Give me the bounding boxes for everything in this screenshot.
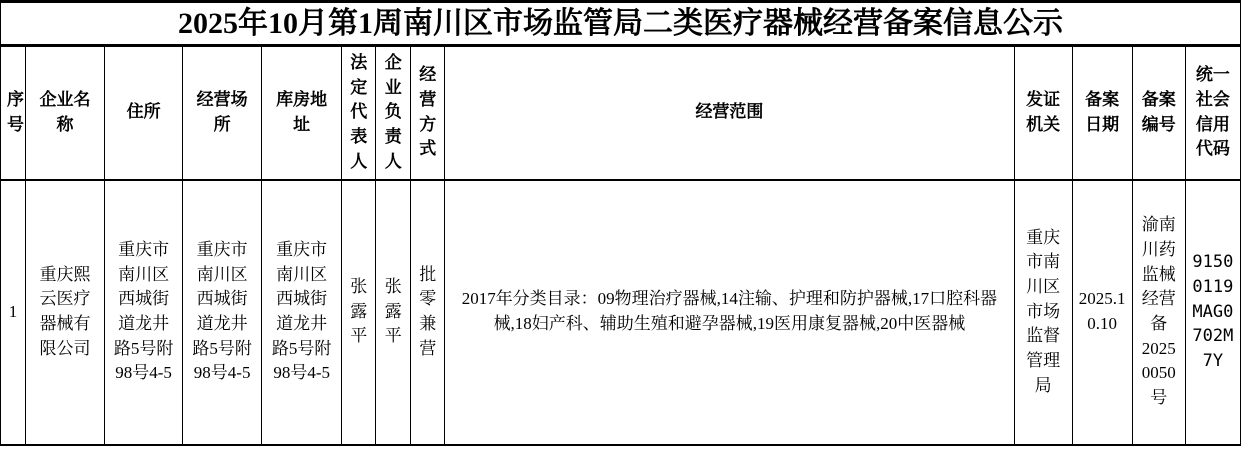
cell-filing-no: 渝南川药监械经营备20250050号 [1132, 180, 1185, 445]
cell-premises: 重庆市南川区西城街道龙井路5号附98号4-5 [183, 180, 262, 445]
cell-credit-code: 91500119MAG0702M7Y [1185, 180, 1240, 445]
col-header-credit-code: 统一社会信用代码 [1185, 46, 1240, 180]
cell-scope: 2017年分类目录：09物理治疗器械,14注输、护理和防护器械,17口腔科器械,… [445, 180, 1014, 445]
table-header-row: 序号 企业名称 住所 经营场所 库房地址 法定代表人 企业负责人 经营方式 经营… [1, 46, 1241, 180]
cell-serial: 1 [1, 180, 26, 445]
page-title: 2025年10月第1周南川区市场监管局二类医疗器械经营备案信息公示 [1, 2, 1241, 46]
title-row: 2025年10月第1周南川区市场监管局二类医疗器械经营备案信息公示 [1, 2, 1241, 46]
col-header-scope: 经营范围 [445, 46, 1014, 180]
notice-page: 2025年10月第1周南川区市场监管局二类医疗器械经营备案信息公示 序号 企业名… [0, 0, 1243, 446]
col-header-mode: 经营方式 [411, 46, 445, 180]
cell-legal-rep: 张露平 [342, 180, 376, 445]
col-header-manager: 企业负责人 [376, 46, 411, 180]
col-header-filing-date: 备案日期 [1072, 46, 1132, 180]
cell-mode: 批零兼营 [411, 180, 445, 445]
col-header-filing-no: 备案编号 [1132, 46, 1185, 180]
col-header-residence: 住所 [105, 46, 183, 180]
col-header-serial: 序号 [1, 46, 26, 180]
col-header-company: 企业名称 [26, 46, 105, 180]
registration-table: 2025年10月第1周南川区市场监管局二类医疗器械经营备案信息公示 序号 企业名… [0, 0, 1241, 446]
col-header-authority: 发证机关 [1014, 46, 1072, 180]
col-header-legal-rep: 法定代表人 [342, 46, 376, 180]
col-header-premises: 经营场所 [183, 46, 262, 180]
cell-manager: 张露平 [376, 180, 411, 445]
table-row: 1 重庆熙云医疗器械有限公司 重庆市南川区西城街道龙井路5号附98号4-5 重庆… [1, 180, 1241, 445]
col-header-warehouse: 库房地址 [262, 46, 342, 180]
cell-residence: 重庆市南川区西城街道龙井路5号附98号4-5 [105, 180, 183, 445]
cell-authority: 重庆市南川区市场监督管理局 [1014, 180, 1072, 445]
cell-filing-date: 2025.10.10 [1072, 180, 1132, 445]
cell-company: 重庆熙云医疗器械有限公司 [26, 180, 105, 445]
cell-warehouse: 重庆市南川区西城街道龙井路5号附98号4-5 [262, 180, 342, 445]
